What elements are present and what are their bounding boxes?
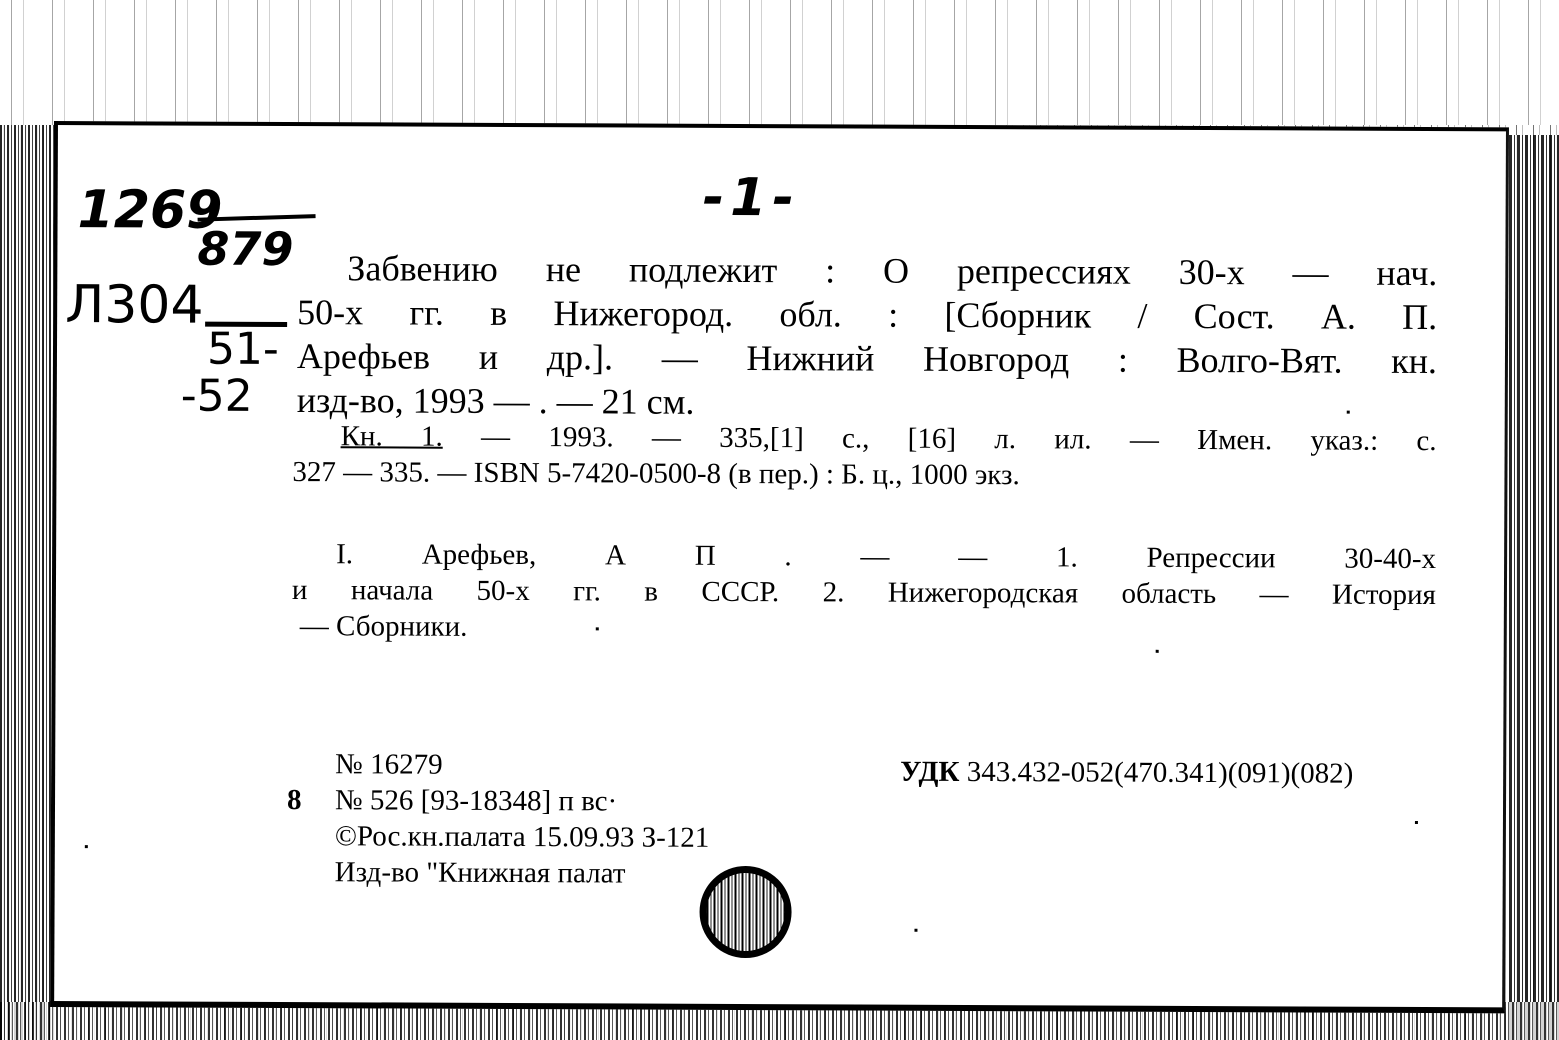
volume-line: 327 — 335. — ISBN 5-7420-0500-8 (в пер.)… bbox=[292, 454, 1436, 495]
tracing-line: и начала 50-х гг. в СССР. 2. Нижегородск… bbox=[292, 572, 1436, 613]
scan-speck bbox=[914, 929, 917, 932]
footer-publisher-row: Изд-во "Книжная палат bbox=[287, 854, 710, 892]
page-mark: -1- bbox=[703, 168, 801, 228]
scan-speck bbox=[596, 627, 599, 630]
entry-line: Забвению не подлежит : О репрессиях 30-х… bbox=[297, 246, 1437, 295]
udk-classification: УДК 343.432-052(470.341)(091)(082) bbox=[900, 756, 1353, 791]
footer-copyright: ©Рос.кн.палата 15.09.93 З-121 bbox=[335, 820, 710, 854]
bibliographic-entry: Забвению не подлежит : О репрессиях 30-х… bbox=[297, 246, 1438, 427]
punch-hole bbox=[699, 866, 791, 958]
volume-line: Кн. 1. — 1993. — 335,[1] с., [16] л. ил.… bbox=[293, 418, 1437, 459]
scan-noise-right bbox=[1509, 135, 1559, 1040]
scan-speck bbox=[1415, 821, 1418, 824]
tracing-line: I. Арефьев, А П . — — 1. Репрессии 30-40… bbox=[292, 536, 1436, 577]
udk-value: 343.432-052(470.341)(091)(082) bbox=[967, 756, 1354, 790]
footer-number-row: № 16279 bbox=[287, 746, 710, 784]
shelfmark-line-3: Л304 bbox=[65, 275, 204, 336]
footer-order-row: 8№ 526 [93-18348] п вс· bbox=[287, 782, 710, 820]
volume-description: Кн. 1. — 1993. — 335,[1] с., [16] л. ил.… bbox=[292, 418, 1436, 495]
tracing-line: — Сборники. bbox=[292, 608, 1436, 649]
card-count: 8 bbox=[287, 782, 335, 818]
entry-line: 50-х гг. в Нижегород. обл. : [Сборник / … bbox=[297, 290, 1437, 339]
udk-label: УДК bbox=[900, 756, 959, 788]
scan-speck bbox=[85, 845, 88, 848]
footer-publisher: Изд-во "Книжная палат bbox=[335, 856, 626, 889]
shelfmark-line-2: 879 bbox=[197, 222, 293, 276]
footer-order: № 526 [93-18348] п вс· bbox=[335, 784, 617, 817]
subject-tracings: I. Арефьев, А П . — — 1. Репрессии 30-40… bbox=[292, 536, 1436, 649]
footer-copyright-row: ©Рос.кн.палата 15.09.93 З-121 bbox=[287, 818, 710, 856]
entry-line: Арефьев и др.]. — Нижний Новгород : Волг… bbox=[297, 334, 1437, 383]
shelfmark-line-4: 51- bbox=[207, 324, 279, 375]
volume-line-1-text: — 1993. — 335,[1] с., [16] л. ил. — Имен… bbox=[443, 421, 1437, 457]
footer-number: № 16279 bbox=[335, 748, 443, 780]
scan-speck bbox=[1156, 650, 1159, 653]
card-footer: № 16279 8№ 526 [93-18348] п вс· ©Рос.кн.… bbox=[287, 746, 710, 892]
shelfmark-line-5: -52 bbox=[181, 371, 253, 422]
scan-noise-top bbox=[0, 0, 1559, 125]
catalog-card: -1- 1269 879 Л304 51- -52 Забвению не по… bbox=[50, 121, 1509, 1013]
volume-label: Кн. 1. bbox=[341, 420, 443, 452]
scan-speck bbox=[1347, 411, 1350, 414]
scan-noise-left bbox=[0, 125, 55, 1040]
